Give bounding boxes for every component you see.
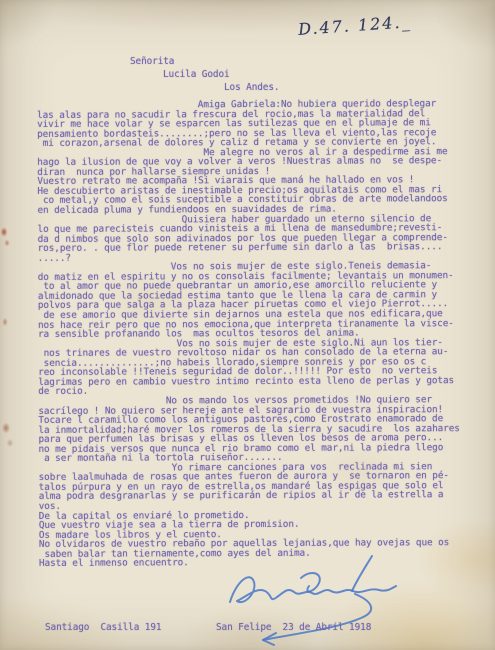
signature-stroke-arrowhook (263, 633, 276, 645)
signature-stroke-loop (301, 573, 320, 591)
letter-body: Amiga Gabriela:No hubiera querido desple… (37, 99, 460, 569)
place-and-date: San Felipe 23 de Abril 1918 (216, 623, 371, 633)
sender-address: Santiago Casilla 191 (45, 623, 161, 633)
recipient-salutation: Señorita (130, 57, 174, 67)
archive-number-annotation: D.47. 124._ (298, 8, 469, 39)
recipient-name: Lucila Godoi (163, 70, 230, 80)
signature-stroke-main (230, 577, 396, 602)
recipient-city: Los Andes. (224, 83, 279, 93)
letter-page: D.47. 124._ Señorita Lucila Godoi Los An… (0, 0, 495, 650)
signature-stroke-tail (263, 594, 371, 640)
